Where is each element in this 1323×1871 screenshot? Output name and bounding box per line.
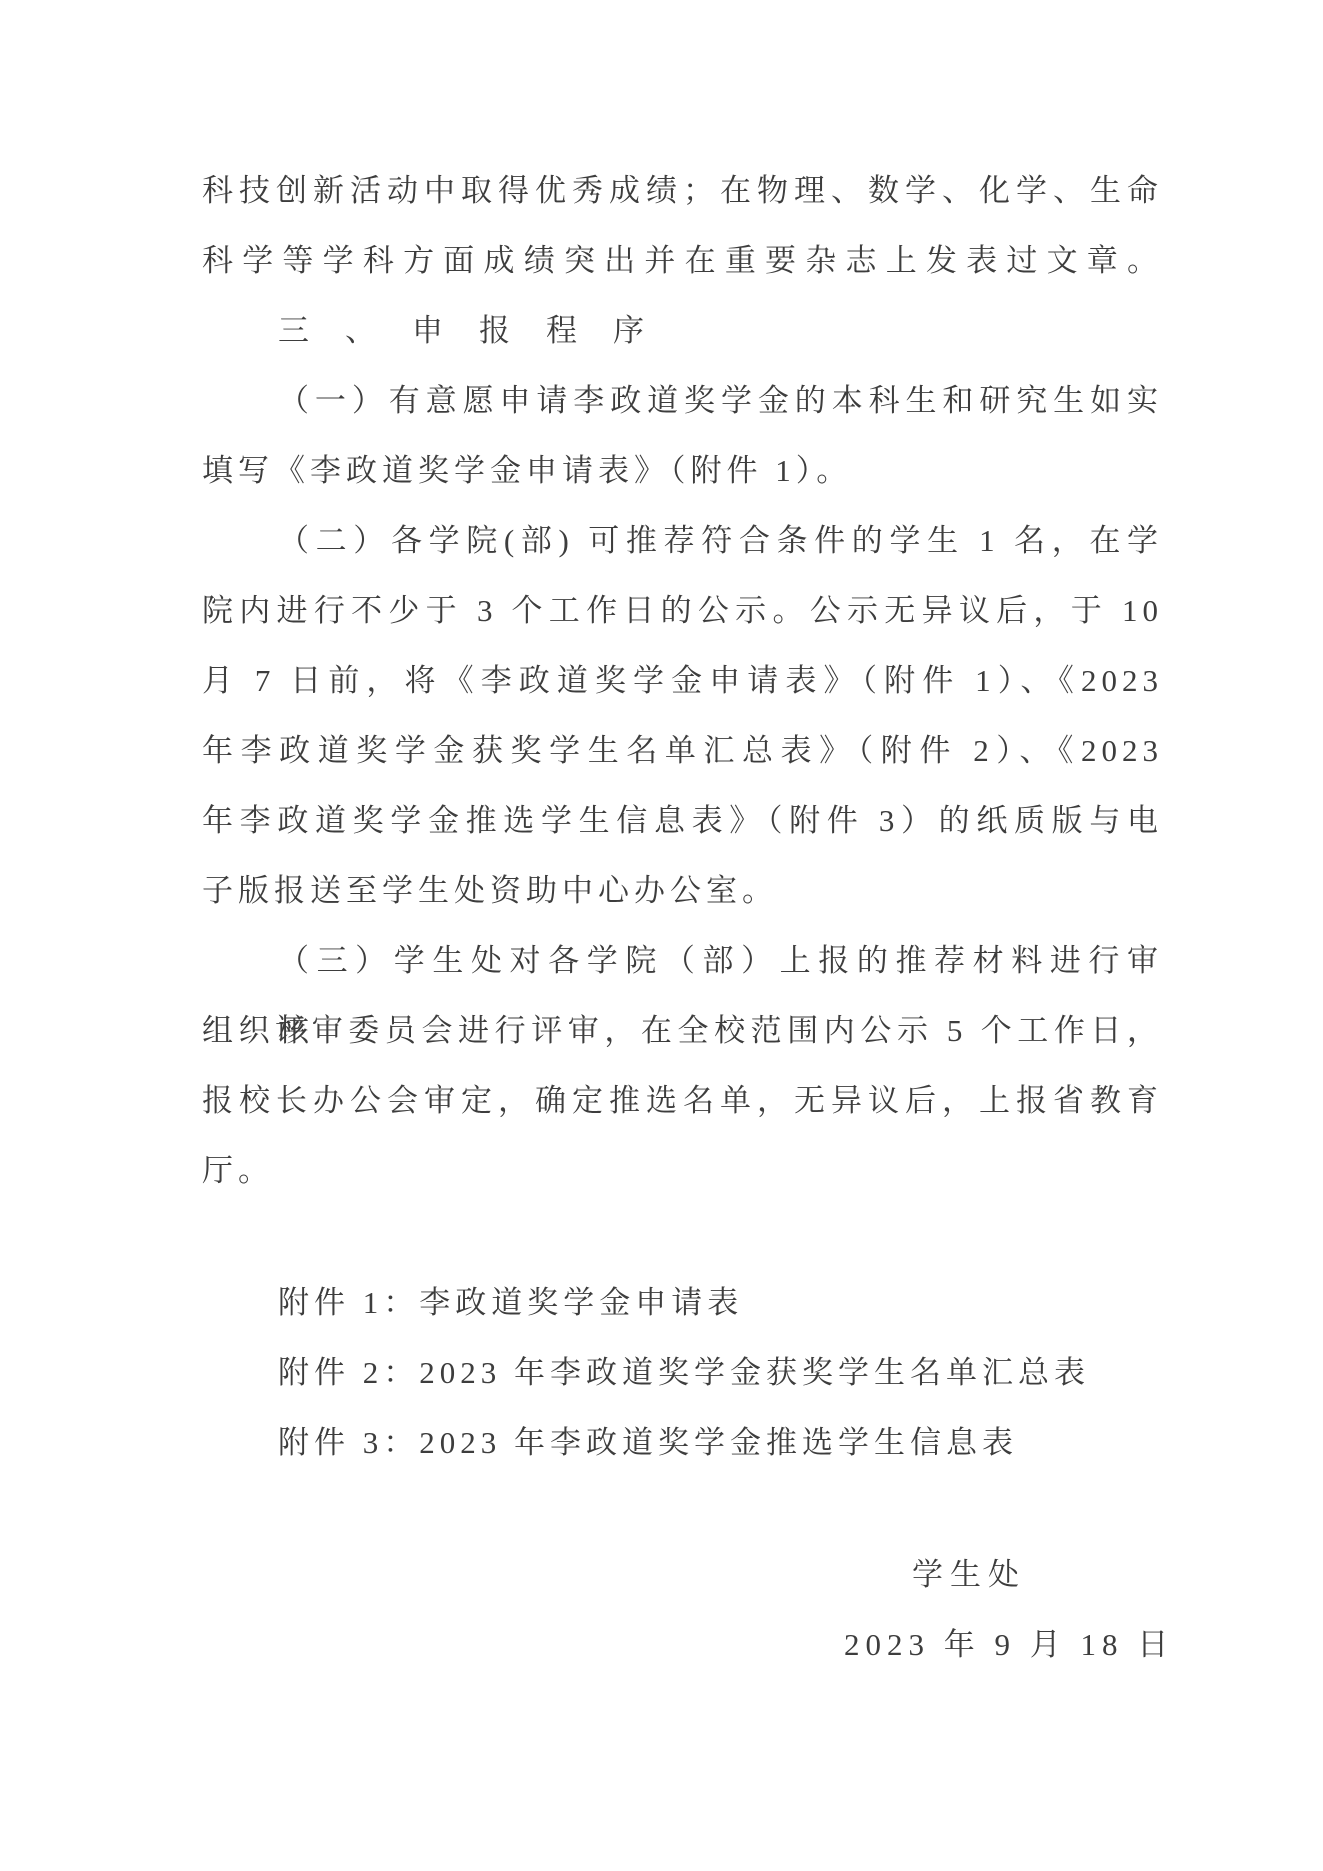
body-line: 填写《李政道奖学金申请表》（附件 1）。 (202, 436, 1163, 506)
body-line: （三）学生处对各学院（部）上报的推荐材料进行审核， (202, 926, 1163, 996)
document-body: 科技创新活动中取得优秀成绩；在物理、数学、化学、生命科学等学科方面成绩突出并在重… (202, 156, 1163, 1680)
signature-department: 学生处 (202, 1540, 1163, 1610)
spacer-line (202, 1206, 1163, 1268)
document-page: 科技创新活动中取得优秀成绩；在物理、数学、化学、生命科学等学科方面成绩突出并在重… (0, 0, 1323, 1871)
body-line: （二）各学院(部) 可推荐符合条件的学生 1 名，在学 (202, 506, 1163, 576)
body-line: 科学等学科方面成绩突出并在重要杂志上发表过文章。 (202, 226, 1163, 296)
body-line: 组织评审委员会进行评审，在全校范围内公示 5 个工作日， (202, 996, 1163, 1066)
attachment-2: 附件 2：2023 年李政道奖学金获奖学生名单汇总表 (202, 1338, 1163, 1408)
body-line: 子版报送至学生处资助中心办公室。 (202, 856, 1163, 926)
section-heading: 三、申报程序 (202, 296, 1163, 366)
body-line: 月 7 日前，将《李政道奖学金申请表》（附件 1）、《2023 (202, 646, 1163, 716)
signature-date: 2023 年 9 月 18 日 (202, 1610, 1163, 1680)
body-line: 年李政道奖学金获奖学生名单汇总表》（附件 2）、《2023 (202, 716, 1163, 786)
body-line: 报校长办公会审定，确定推选名单，无异议后，上报省教育 (202, 1066, 1163, 1136)
body-line: 年李政道奖学金推选学生信息表》（附件 3）的纸质版与电 (202, 786, 1163, 856)
body-line: 科技创新活动中取得优秀成绩；在物理、数学、化学、生命 (202, 156, 1163, 226)
body-line: 院内进行不少于 3 个工作日的公示。公示无异议后，于 10 (202, 576, 1163, 646)
body-line: 厅。 (202, 1136, 1163, 1206)
attachment-3: 附件 3：2023 年李政道奖学金推选学生信息表 (202, 1408, 1163, 1478)
spacer-line (202, 1478, 1163, 1540)
attachment-1: 附件 1：李政道奖学金申请表 (202, 1268, 1163, 1338)
body-line: （一）有意愿申请李政道奖学金的本科生和研究生如实 (202, 366, 1163, 436)
